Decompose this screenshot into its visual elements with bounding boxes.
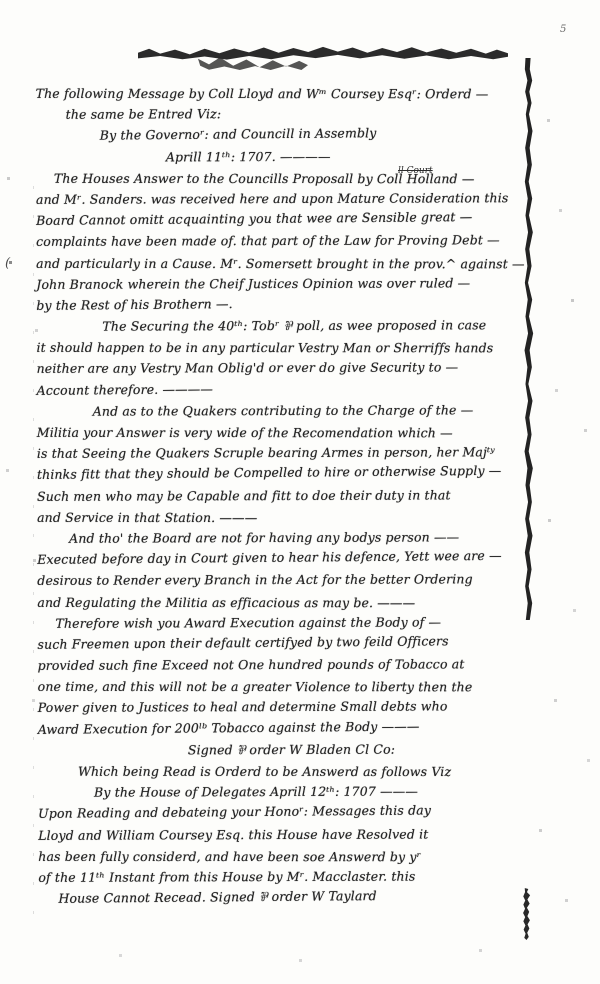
margin-rule-marks	[33, 160, 34, 920]
manuscript-line: complaints have been made of. that part …	[36, 229, 528, 252]
manuscript-line: one time, and this will not be a greater…	[38, 676, 530, 698]
manuscript-line: Aprill 11ᵗʰ: 1707. ————	[166, 145, 528, 167]
manuscript-line: Lloyd and William Coursey Esq. this Hous…	[38, 823, 530, 846]
manuscript-line: And as to the Quakers contributing to th…	[93, 399, 529, 422]
manuscript-line: Which being Read is Orderd to be Answerd…	[78, 761, 530, 783]
manuscript-line: Executed before day in Court given to he…	[37, 545, 529, 570]
manuscript-line: House Cannot Recead. Signed ⅌ order W Ta…	[58, 884, 530, 909]
manuscript-line: Board Cannot omitt acquainting you that …	[36, 206, 528, 231]
manuscript-line: Upon Reading and debateing your Honoʳ: M…	[38, 799, 530, 824]
manuscript-line: it should happen to be in any particular…	[36, 337, 528, 359]
manuscript-line: Militia your Answer is very wide of the …	[37, 422, 529, 444]
manuscript-line: by the Rest of his Brothern —.	[36, 290, 528, 315]
margin-paren-mark: (	[5, 256, 10, 271]
interline-insertion: ll Court	[398, 166, 433, 176]
manuscript-line: has been fully considerd, and have been …	[38, 846, 530, 868]
manuscript-line: such Freemen upon their default certifye…	[37, 629, 529, 654]
manuscript-line: The following Message by Coll Lloyd and …	[36, 83, 528, 105]
manuscript-page: 5 ( The following Message by Coll Lloyd …	[0, 0, 600, 984]
page-edge-smudge	[138, 44, 508, 60]
manuscript-line: thinks fitt that they should be Compelle…	[37, 460, 529, 485]
manuscript-line: and Service in that Station. ———	[37, 507, 529, 529]
manuscript-line: The Houses Answer to the Councills Propo…	[54, 168, 528, 190]
manuscript-line: Signed ⅌ order W Bladen Cl Co:	[188, 738, 530, 760]
manuscript-text: The following Message by Coll Lloyd and …	[36, 81, 531, 909]
page-number-mark: 5	[560, 24, 566, 35]
manuscript-line: Account therefore. ————	[37, 375, 529, 400]
manuscript-line: The Securing the 40ᵗʰ: Tobʳ ⅌ poll, as w…	[102, 314, 528, 337]
manuscript-line: desirous to Render every Branch in the A…	[37, 568, 529, 591]
manuscript-line: By the Governoʳ: and Councill in Assembl…	[100, 121, 528, 146]
manuscript-line: Award Execution for 200ˡᵇ Tobacco agains…	[38, 714, 530, 739]
page-edge-smudge-lower	[198, 56, 308, 70]
manuscript-line: and particularly in a Cause. Mʳ. Somerse…	[36, 252, 528, 274]
manuscript-line: and Regulating the Militia as efficaciou…	[37, 591, 529, 613]
scan-speckles	[0, 0, 1, 1]
manuscript-line: Such men who may be Capable and fitt to …	[37, 484, 529, 507]
manuscript-line: provided such fine Exceed not One hundre…	[38, 653, 530, 676]
